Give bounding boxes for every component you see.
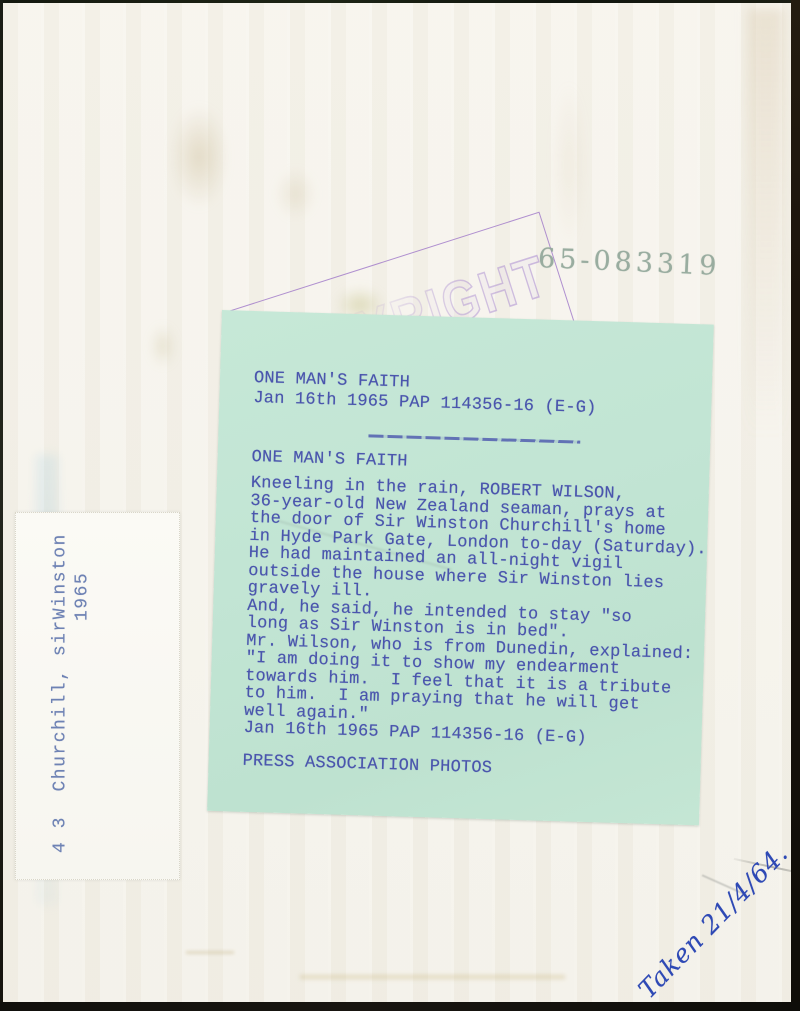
photo-edge-top <box>0 0 800 3</box>
typed-underline-rule <box>368 434 580 443</box>
paper-stain <box>160 88 238 226</box>
caption-header-dateline: Jan 16th 1965 PAP 114356-16 (E-G) <box>253 389 597 418</box>
paper-streak <box>748 8 784 438</box>
photo-edge-bottom <box>0 1002 800 1011</box>
photo-edge-left <box>0 0 3 1011</box>
archive-label-subject: 4 3 Churchill, sirWinston <box>16 513 71 879</box>
archive-label: 4 3 Churchill, sirWinston 1965 <box>15 512 180 880</box>
archive-number-stamp: 65-083319 <box>537 243 721 282</box>
archive-label-year: 1965 <box>71 513 93 879</box>
photo-reverse-side: COPYRIGHT 65-083319 ONE MAN'S FAITH Jan … <box>0 0 800 1011</box>
photo-edge-right <box>791 0 800 1011</box>
paper-stain <box>146 318 180 374</box>
caption-title: ONE MAN'S FAITH <box>251 448 408 472</box>
archive-label-text: 4 3 Churchill, sirWinston 1965 <box>16 513 179 879</box>
paper-smudge <box>186 951 234 954</box>
handwritten-date-note: Taken 21/4/64. <box>633 818 800 1011</box>
paper-smudge <box>300 975 565 979</box>
caption-slip: ONE MAN'S FAITH Jan 16th 1965 PAP 114356… <box>207 310 714 825</box>
caption-credit: PRESS ASSOCIATION PHOTOS <box>242 752 492 778</box>
caption-body: Kneeling in the rain, ROBERT WILSON,36-y… <box>243 475 708 751</box>
paper-stain <box>548 60 590 270</box>
paper-stain <box>268 160 323 228</box>
